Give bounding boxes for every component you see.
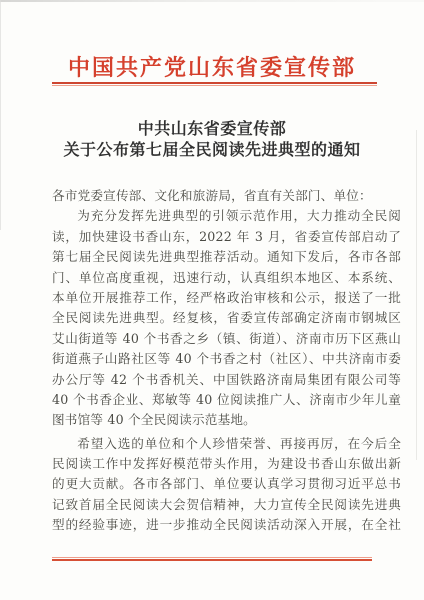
- body-line: 希望入选的单位和个人珍惜荣誉、再接再厉，在今后全: [52, 434, 401, 454]
- document-title-line-2: 关于公布第七届全民阅读先进典型的通知: [0, 140, 424, 161]
- scan-edge-left: [0, 0, 1, 230]
- body-line: 办公厅等 42 个书香机关、中国铁路济南局集团有限公司等: [52, 370, 401, 390]
- body-line: 记致首届全民阅读大会贺信精神，大力宣传全民阅读先进典: [52, 495, 401, 515]
- body-line: 型的经验事迹，进一步推动全民阅读活动深入开展，在全社: [52, 515, 401, 535]
- body-line: 本单位开展推荐工作，经严格政治审核和公示，报送了一批: [52, 288, 401, 308]
- body-line: 图书馆等 40 个全民阅读示范基地。: [52, 410, 401, 430]
- body-line: 读，加快建设书香山东，2022 年 3 月，省委宣传部启动了: [52, 227, 401, 247]
- scan-edge-right: [416, 130, 417, 460]
- document-title: 中共山东省委宣传部 关于公布第七届全民阅读先进典型的通知: [0, 119, 424, 160]
- scan-edge-top: [0, 0, 424, 2]
- body-line: 的更大贡献。各市各部门、单位要认真学习贯彻习近平总书: [52, 474, 401, 494]
- body-line: 40 个书香企业、郑敏等 40 位阅读推广人、济南市少年儿童: [52, 390, 401, 410]
- body-line: 民阅读工作中发挥好模范带头作用，为建设书香山东做出新: [52, 454, 401, 474]
- body-line: 艾山街道等 40 个书香之乡（镇、街道）、济南市历下区燕山: [52, 329, 401, 349]
- body-line: 门、单位高度重视，迅速行动，认真组织本地区、本系统、: [52, 268, 401, 288]
- body-line: 第七届全民阅读先进典型推荐活动。通知下发后，各市各部: [52, 247, 401, 267]
- footer-rule: [52, 557, 372, 561]
- document-title-line-1: 中共山东省委宣传部: [0, 119, 424, 140]
- body-lines: 各市党委宣传部、文化和旅游局，省直有关部门、单位：为充分发挥先进典型的引领示范作…: [52, 186, 401, 536]
- body-line: 全民阅读先进典型。经复核，省委宣传部确定济南市钢城区: [52, 308, 401, 328]
- body-line: 各市党委宣传部、文化和旅游局，省直有关部门、单位：: [52, 186, 401, 206]
- letterhead-org-name: 中国共产党山东省委宣传部: [0, 51, 424, 82]
- body-line: 街道燕子山路社区等 40 个书香之村（社区）、中共济南市委: [52, 349, 401, 369]
- letterhead-rule: [52, 82, 377, 86]
- scanned-official-document: 中国共产党山东省委宣传部 中共山东省委宣传部 关于公布第七届全民阅读先进典型的通…: [0, 0, 424, 600]
- body-line: 为充分发挥先进典型的引领示范作用，大力推动全民阅: [52, 206, 401, 226]
